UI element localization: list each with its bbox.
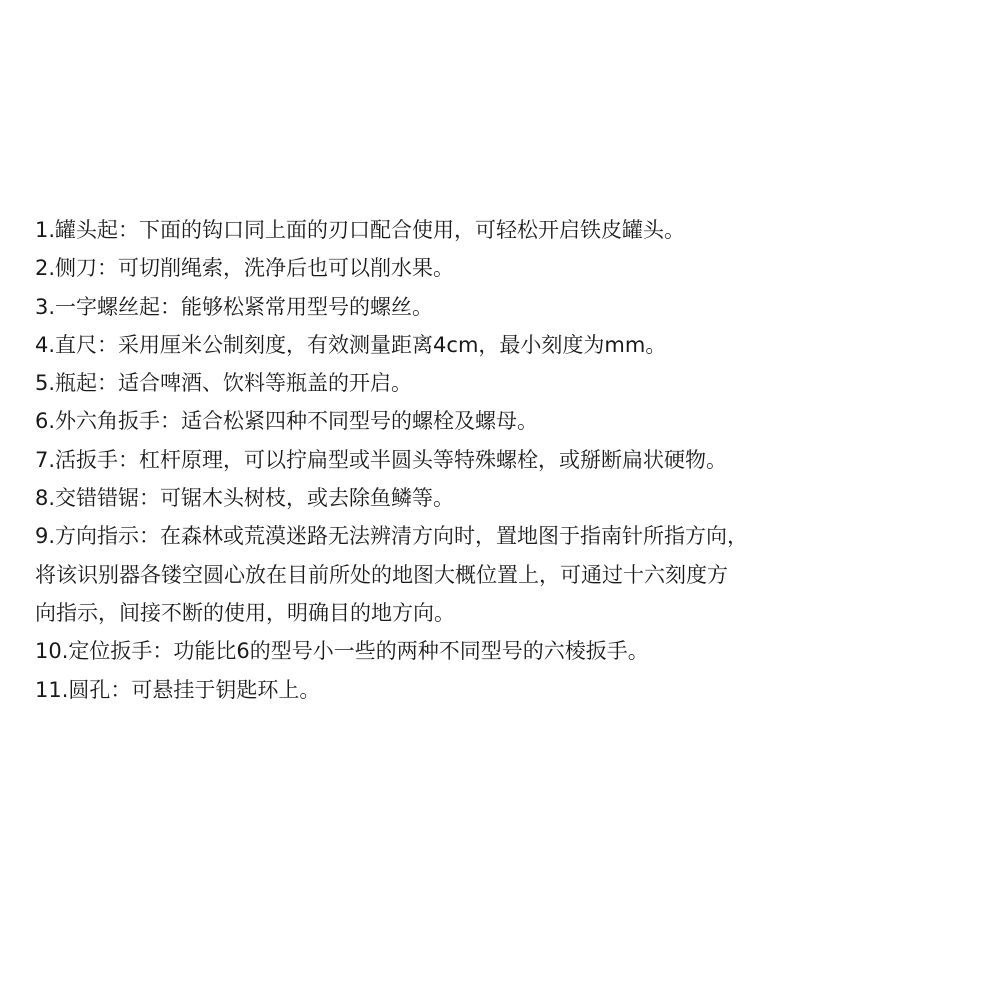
list-item-8: 8.交错错锯：可锯木头树枝，或去除鱼鳞等。 — [35, 479, 995, 517]
item-text: 直尺：采用厘米公制刻度，有效测量距离4cm，最小刻度为mm。 — [55, 333, 666, 357]
item-number: 5. — [35, 371, 55, 395]
item-text: 瓶起：适合啤酒、饮料等瓶盖的开启。 — [55, 371, 412, 395]
item-text: 活扳手：杠杆原理，可以拧扁型或半圆头等特殊螺栓，或掰断扁状硬物。 — [55, 448, 727, 472]
list-item-11: 11.圆孔：可悬挂于钥匙环上。 — [35, 671, 995, 709]
item-number: 3. — [35, 295, 55, 319]
list-item-7: 7.活扳手：杠杆原理，可以拧扁型或半圆头等特殊螺栓，或掰断扁状硬物。 — [35, 441, 995, 479]
list-item-5: 5.瓶起：适合啤酒、饮料等瓶盖的开启。 — [35, 364, 995, 402]
item-text: 圆孔：可悬挂于钥匙环上。 — [68, 678, 320, 702]
list-item-2: 2.侧刀：可切削绳索，洗净后也可以削水果。 — [35, 249, 995, 287]
list-item-6: 6.外六角扳手：适合松紧四种不同型号的螺栓及螺母。 — [35, 402, 995, 440]
item-text: 将该识别器各镂空圆心放在目前所处的地图大概位置上，可通过十六刻度方 — [35, 563, 728, 587]
item-text: 交错错锯：可锯木头树枝，或去除鱼鳞等。 — [55, 486, 454, 510]
list-item-9-continuation-1: 将该识别器各镂空圆心放在目前所处的地图大概位置上，可通过十六刻度方 — [35, 556, 995, 594]
list-item-10: 10.定位扳手：功能比6的型号小一些的两种不同型号的六棱扳手。 — [35, 632, 995, 670]
item-number: 2. — [35, 256, 55, 280]
item-number: 8. — [35, 486, 55, 510]
list-item-3: 3.一字螺丝起：能够松紧常用型号的螺丝。 — [35, 288, 995, 326]
list-item-9-continuation-2: 向指示，间接不断的使用，明确目的地方向。 — [35, 594, 995, 632]
item-number: 6. — [35, 409, 55, 433]
item-text: 侧刀：可切削绳索，洗净后也可以削水果。 — [55, 256, 454, 280]
item-text: 方向指示：在森林或荒漠迷路无法辨清方向时，置地图于指南针所指方向， — [55, 524, 748, 548]
list-item-9: 9.方向指示：在森林或荒漠迷路无法辨清方向时，置地图于指南针所指方向， — [35, 517, 995, 555]
item-number: 4. — [35, 333, 55, 357]
item-text: 定位扳手：功能比6的型号小一些的两种不同型号的六棱扳手。 — [68, 639, 648, 663]
item-number: 9. — [35, 524, 55, 548]
item-number: 1. — [35, 218, 55, 242]
item-text: 罐头起：下面的钩口同上面的刃口配合使用，可轻松开启铁皮罐头。 — [55, 218, 685, 242]
item-number: 11. — [35, 678, 68, 702]
list-item-1: 1.罐头起：下面的钩口同上面的刃口配合使用，可轻松开启铁皮罐头。 — [35, 211, 995, 249]
tool-feature-list: 1.罐头起：下面的钩口同上面的刃口配合使用，可轻松开启铁皮罐头。 2.侧刀：可切… — [35, 211, 995, 709]
item-text: 一字螺丝起：能够松紧常用型号的螺丝。 — [55, 295, 433, 319]
item-number: 10. — [35, 639, 68, 663]
item-text: 向指示，间接不断的使用，明确目的地方向。 — [35, 601, 455, 625]
list-item-4: 4.直尺：采用厘米公制刻度，有效测量距离4cm，最小刻度为mm。 — [35, 326, 995, 364]
item-number: 7. — [35, 448, 55, 472]
item-text: 外六角扳手：适合松紧四种不同型号的螺栓及螺母。 — [55, 409, 538, 433]
